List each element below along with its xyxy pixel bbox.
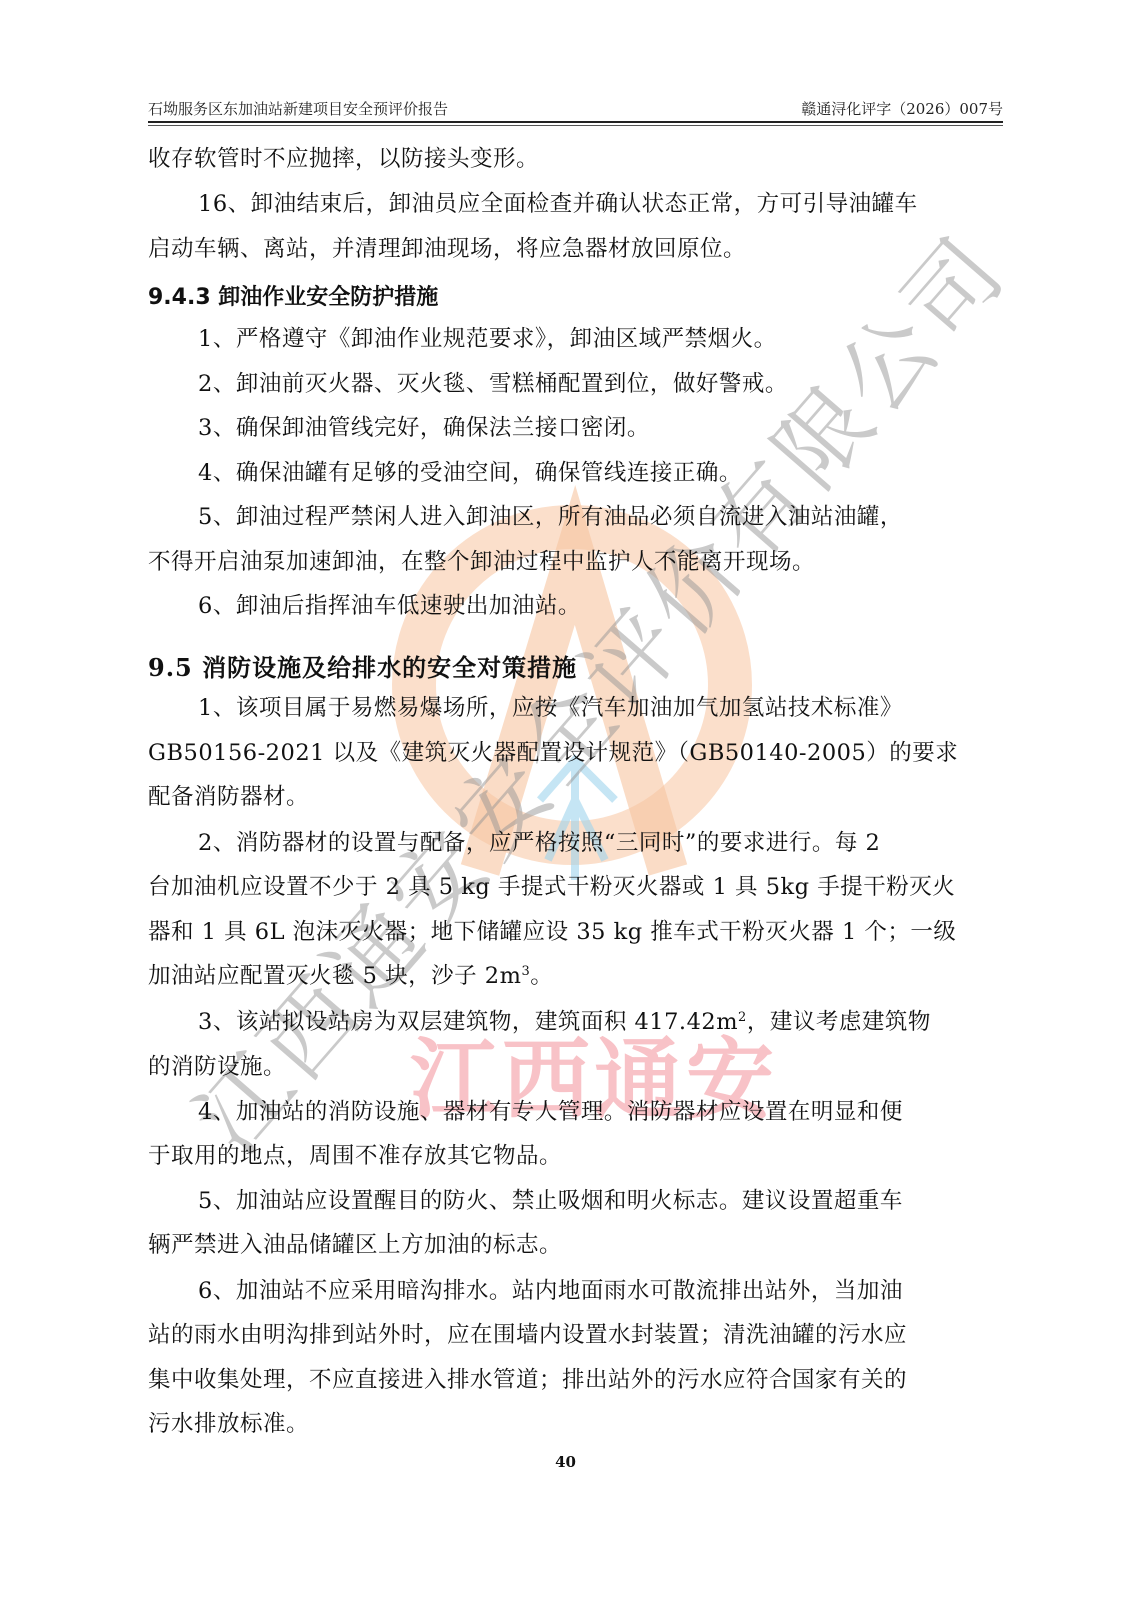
paragraph-line: 器和 1 具 6L 泡沫灭火器；地下储罐应设 35 kg 推车式干粉灭火器 1 … — [148, 917, 956, 947]
paragraph-line: 集中收集处理，不应直接进入排水管道；排出站外的污水应符合国家有关的 — [148, 1365, 907, 1395]
paragraph-line: 辆严禁进入油品储罐区上方加油的标志。 — [148, 1230, 562, 1260]
text-run: 3、该站拟设站房为双层建筑物，建筑面积 417.42m — [198, 1009, 738, 1035]
paragraph-line: 收存软管时不应抛摔，以防接头变形。 — [148, 144, 539, 174]
paragraph-line: 加油站应配置灭火毯 5 块，沙子 2m3。 — [148, 961, 553, 991]
paragraph-line: 3、该站拟设站房为双层建筑物，建筑面积 417.42m2，建议考虑建筑物 — [198, 1007, 931, 1037]
paragraph-line: 16、卸油结束后，卸油员应全面检查并确认状态正常，方可引导油罐车 — [198, 189, 918, 219]
page-number: 40 — [0, 1453, 1131, 1471]
text-layer: 石坳服务区东加油站新建项目安全预评价报告 赣通浔化评字（2026）007号 收存… — [0, 0, 1131, 1600]
header-divider-thin — [148, 125, 1003, 126]
text-run: ，建议考虑建筑物 — [747, 1009, 931, 1035]
running-header: 石坳服务区东加油站新建项目安全预评价报告 赣通浔化评字（2026）007号 — [148, 98, 1003, 120]
section-heading-9-5: 9.5 消防设施及给排水的安全对策措施 — [148, 648, 577, 683]
list-item: 3、确保卸油管线完好，确保法兰接口密闭。 — [198, 413, 650, 443]
report-title: 石坳服务区东加油站新建项目安全预评价报告 — [148, 98, 448, 119]
list-item: 6、卸油后指挥油车低速驶出加油站。 — [198, 591, 581, 621]
list-item: 2、卸油前灭火器、灭火毯、雪糕桶配置到位，做好警戒。 — [198, 369, 788, 399]
paragraph-line: 6、加油站不应采用暗沟排水。站内地面雨水可散流排出站外，当加油 — [198, 1276, 903, 1306]
document-page: 江西通安 江西通安安全评价有限公司 石坳服务区东加油站新建项目安全预评价报告 赣… — [0, 0, 1131, 1600]
paragraph-line: 4、加油站的消防设施、器材有专人管理。消防器材应设置在明显和便 — [198, 1097, 903, 1127]
paragraph-line: 5、加油站应设置醒目的防火、禁止吸烟和明火标志。建议设置超重车 — [198, 1186, 903, 1216]
superscript: 3 — [521, 964, 530, 979]
paragraph-line: 站的雨水由明沟排到站外时，应在围墙内设置水封装置；清洗油罐的污水应 — [148, 1320, 907, 1350]
text-run: 加油站应配置灭火毯 5 块，沙子 2m — [148, 963, 521, 989]
text-run: 。 — [530, 963, 553, 989]
list-item: 4、确保油罐有足够的受油空间，确保管线连接正确。 — [198, 458, 742, 488]
superscript: 2 — [738, 1010, 747, 1025]
paragraph-line: 于取用的地点，周围不准存放其它物品。 — [148, 1141, 562, 1171]
header-divider — [148, 121, 1003, 123]
section-heading-9-4-3: 9.4.3 卸油作业安全防护措施 — [148, 280, 438, 311]
paragraph-line: 配备消防器材。 — [148, 782, 309, 812]
paragraph-line: 台加油机应设置不少于 2 具 5 kg 手提式干粉灭火器或 1 具 5kg 手提… — [148, 872, 955, 902]
list-item: 1、严格遵守《卸油作业规范要求》，卸油区域严禁烟火。 — [198, 324, 777, 354]
paragraph-line: 污水排放标准。 — [148, 1409, 309, 1439]
paragraph-line: 启动车辆、离站，并清理卸油现场，将应急器材放回原位。 — [148, 234, 746, 264]
list-item: 5、卸油过程严禁闲人进入卸油区，所有油品必须自流进入油站油罐， — [198, 502, 903, 532]
report-number: 赣通浔化评字（2026）007号 — [801, 98, 1003, 119]
paragraph-line: 1、该项目属于易燃易爆场所，应按《汽车加油加气加氢站技术标准》 — [198, 693, 903, 723]
paragraph-line: 的消防设施。 — [148, 1052, 286, 1082]
paragraph-line: GB50156-2021 以及《建筑灭火器配置设计规范》（GB50140-200… — [148, 738, 958, 768]
list-item-continuation: 不得开启油泵加速卸油，在整个卸油过程中监护人不能离开现场。 — [148, 547, 815, 577]
paragraph-line: 2、消防器材的设置与配备，应严格按照“三同时”的要求进行。每 2 — [198, 828, 880, 858]
